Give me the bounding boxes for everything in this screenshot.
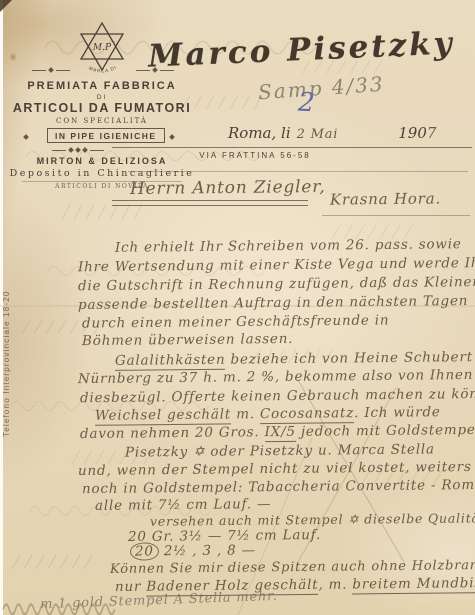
star-of-david-logo-icon: M.P MARCA DI FABBRICA <box>72 18 132 80</box>
letterhead-deposito: Deposito in Chincaglierie <box>8 168 196 179</box>
underlined-word: Cocosansatz <box>260 405 354 424</box>
letterhead-di: DI <box>8 94 196 101</box>
underlined-word: breitem Mundbiss <box>352 575 475 594</box>
letterhead-specialita: CON SPECIALITÀ <box>8 117 196 125</box>
letter-line: davon nehmen 20 Gros. IX/5 jedoch mit Go… <box>80 422 475 442</box>
dateline: Roma, li2 Mai1907 <box>228 124 437 142</box>
underlined-word: Galalithkästen <box>115 352 226 371</box>
corner-stain <box>0 0 12 12</box>
letter-line: durch einen meiner Geschäftsfreunde in <box>82 312 390 331</box>
letter-line: Böhmen überweisen lassen. <box>82 331 293 349</box>
letterhead-pipe-box: IN PIPE IGIENICHE <box>47 128 165 143</box>
letter-line-text: , m. <box>318 576 352 592</box>
underlined-word: Weichsel geschält <box>95 406 231 425</box>
dateline-prefix: Roma, li <box>228 124 291 142</box>
double-ruled-line <box>112 200 308 206</box>
ruled-line <box>322 215 470 216</box>
letter-line: 20 2½ , 3 , 8 — <box>130 542 256 559</box>
letter-line: Nürnberg zu 37 h. m. 2 %, bekomme also v… <box>78 367 473 387</box>
letter-line: passende bestellten Auftrag in den nächs… <box>78 293 468 313</box>
ruled-line <box>112 147 472 148</box>
ornament-divider <box>32 68 70 72</box>
letter-line: und, wenn der Stempel nicht zu viel kost… <box>78 459 472 479</box>
recipient-name: Herrn Anton Ziegler, <box>130 177 326 199</box>
dateline-hand-year-digit: 7 <box>427 124 437 142</box>
letter-line: Pisetzky ✡ oder Pisetzky u. Marca Stella <box>125 441 435 460</box>
letter-line-text: . Ich würde <box>354 404 441 421</box>
ornament-divider <box>52 148 104 152</box>
letter-line-text: nur <box>115 579 147 595</box>
logo-monogram: M.P <box>92 43 112 53</box>
letter-line: Ich erhielt Ihr Schreiben vom 26. pass. … <box>115 236 462 256</box>
letterhead-street: VIA FRATTINA 56-58 <box>160 151 350 160</box>
circled-number: 20 <box>130 542 159 560</box>
letter-line: Galalithkästen beziehe ich von Heine Sch… <box>115 349 473 369</box>
letter-line: Können Sie mir diese Spitzen auch ohne H… <box>110 558 475 577</box>
letter-line-text: davon nehmen 20 Gros. <box>80 424 265 442</box>
letter-line: noch in Goldstempel: Tabaccheria Convert… <box>82 477 475 497</box>
pencil-annotation: Samp 4/33 <box>257 72 385 105</box>
pencil-annotation-bottom: m 1 gold Stempel A Stella mehr. <box>40 589 278 612</box>
ornament-divider <box>24 135 28 139</box>
dateline-hand-day: 2 Mai <box>297 127 339 142</box>
letter-line-text: jedoch mit Goldstempel <box>296 422 475 440</box>
underlined-word: IX/5 <box>264 424 295 442</box>
letter-line-text: m. <box>231 406 260 422</box>
letterhead-premiata: PREMIATA FABBRICA <box>8 80 196 92</box>
ornament-divider <box>170 135 174 139</box>
company-name-script: Marco Pisetzky <box>147 25 455 74</box>
letterhead-articoli: ARTICOLI DA FUMATORI <box>4 101 200 115</box>
recipient-place: Krasna Hora. <box>330 189 441 208</box>
letter-line: alle mit 7½ cm Lauf. — <box>95 496 271 514</box>
letter-line-text: beziehe ich von Heine Schubert <box>225 349 473 368</box>
letter-line: diesbezügl. Offerte keinen Gebrauch mach… <box>80 386 475 406</box>
scanned-letter-page: M.P MARCA DI FABBRICA PREMIATA FABBRICA … <box>0 0 475 615</box>
blue-crayon-number: 2 <box>297 88 316 119</box>
letter-line: die Gutschrift in Rechnung zufügen, daß … <box>78 274 475 294</box>
letter-line: Ihre Wertsendung mit einer Kiste Vega un… <box>78 255 475 276</box>
letterhead-phone-vertical: Telefono Interprovinciale 18-20 <box>2 222 11 437</box>
letter-line: Weichsel geschält m. Cocosansatz. Ich wü… <box>95 404 441 424</box>
letter-line-text: 2½ , 3 , 8 — <box>159 542 256 559</box>
dateline-year: 190 <box>398 124 427 142</box>
letter-line: versehen auch mit Stempel ✡ dieselbe Qua… <box>150 510 475 529</box>
ruled-line <box>128 171 468 172</box>
